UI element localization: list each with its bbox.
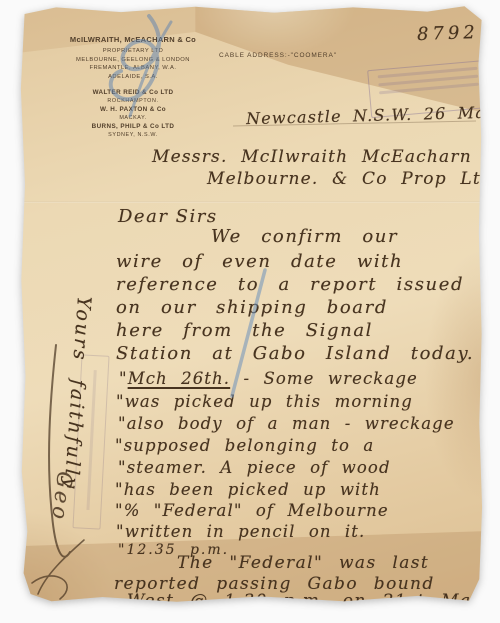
letterhead-line: FREMANTLE, ALBANY, W.A. bbox=[65, 64, 201, 73]
letterhead-agent: BURNS, PHILP & Co LTD bbox=[65, 122, 201, 131]
letterhead-agent-place: ROCKHAMPTON. bbox=[65, 97, 201, 105]
dateline: Newcastle N.S.W. 26 March 901 bbox=[246, 101, 500, 128]
paper-crease bbox=[19, 201, 483, 203]
report-line: "supposed belonging to a bbox=[115, 436, 374, 455]
report-line-rest: - Some wreckage bbox=[230, 369, 418, 388]
letterhead-agent: W. H. PAXTON & Co bbox=[65, 105, 201, 114]
letterhead-agent-place: SYDNEY, N.S.W. bbox=[65, 131, 201, 139]
file-number: 8792 bbox=[417, 22, 480, 45]
report-line: "written in pencil on it. bbox=[116, 522, 365, 541]
body-line: wire of even date with bbox=[116, 251, 403, 272]
body-line: here from the Signal bbox=[116, 320, 373, 341]
letterhead-line: PROPRIETARY LTD bbox=[65, 47, 201, 56]
closing-line: The "Federal" was last bbox=[177, 553, 429, 573]
body-line: reference to a report issued bbox=[116, 274, 464, 295]
letterhead-agent-place: MACKAY. bbox=[65, 114, 201, 122]
paper-surface: McILWRAITH, McEACHARN & Co PROPRIETARY L… bbox=[19, 5, 483, 603]
report-line: "has been picked up with bbox=[115, 480, 381, 499]
body-line: on our shipping board bbox=[116, 297, 388, 318]
closing-line: West @ 1.30 p.m. on 21st March. bbox=[127, 591, 500, 611]
body-line: We confirm our bbox=[211, 226, 398, 247]
report-line: "was picked up this morning bbox=[116, 392, 413, 411]
report-line: "steamer. A piece of wood bbox=[118, 458, 391, 477]
letterhead-agent: WALTER REID & Co LTD bbox=[65, 88, 201, 97]
addressee-line: Messrs. McIlwraith McEacharn bbox=[152, 147, 472, 167]
letterhead-line: ADELAIDE, S.A. bbox=[65, 73, 201, 82]
body-line: Station at Gabo Island today. bbox=[116, 343, 474, 364]
open-quote: " bbox=[119, 369, 128, 388]
report-line: "% "Federal" of Melbourne bbox=[115, 501, 389, 520]
scan-background: McILWRAITH, McEACHARN & Co PROPRIETARY L… bbox=[0, 0, 500, 623]
salutation: Dear Sirs bbox=[118, 206, 218, 227]
report-line: "also body of a man - wreckage bbox=[118, 414, 455, 433]
cable-address: CABLE ADDRESS:-"COOMERA" bbox=[219, 52, 337, 59]
letter-paper: McILWRAITH, McEACHARN & Co PROPRIETARY L… bbox=[19, 5, 483, 603]
report-date-heading: Mch 26th. bbox=[128, 369, 230, 388]
addressee-line: Melbourne. & Co Prop Ltd bbox=[207, 169, 493, 189]
letterhead-spacer bbox=[65, 81, 201, 88]
letterhead-company: McILWRAITH, McEACHARN & Co bbox=[65, 35, 201, 44]
letterhead-line: MELBOURNE, GEELONG & LONDON bbox=[65, 56, 201, 65]
report-line: "Mch 26th. - Some wreckage bbox=[119, 369, 418, 388]
letterhead: McILWRAITH, McEACHARN & Co PROPRIETARY L… bbox=[65, 35, 201, 139]
